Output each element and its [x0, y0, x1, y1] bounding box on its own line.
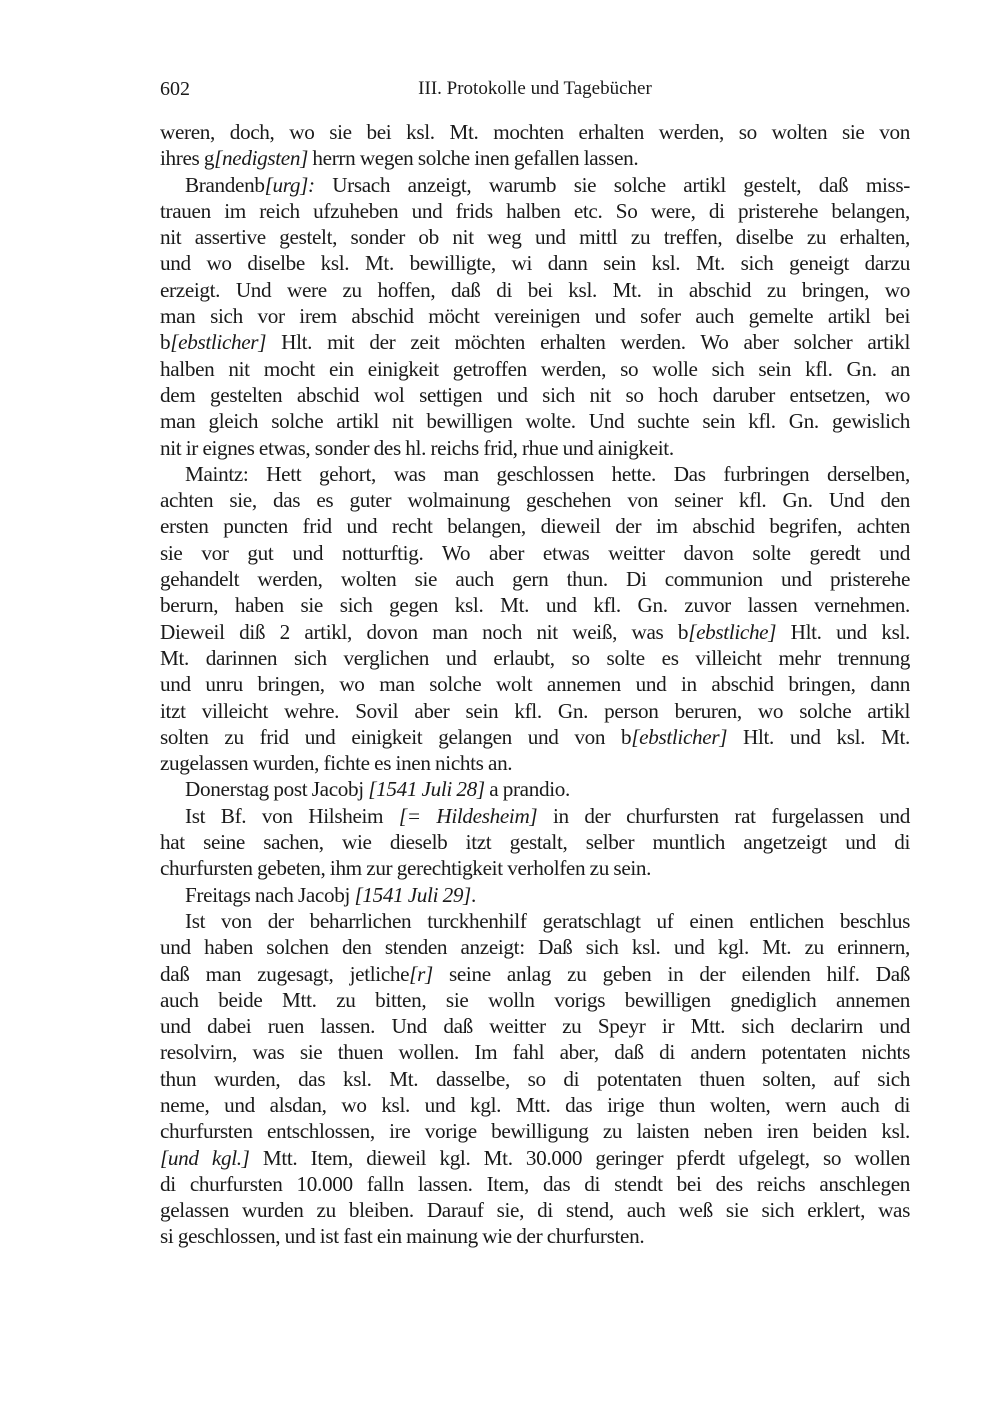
text-line: trauen im reich ufzuheben und frids halb… [160, 198, 910, 224]
text-line: churfursten gebeten, ihm zur gerechtigke… [160, 855, 910, 881]
text-line: Brandenb[urg]: Ursach anzeigt, warumb si… [160, 172, 910, 198]
text-line: ersten puncten frid und recht belangen, … [160, 513, 910, 539]
page-header: 602 III. Protokolle und Tagebücher [160, 78, 910, 106]
text-line: hat seine sachen, wie dieselb itzt gesta… [160, 829, 910, 855]
text-line: sie vor gut und notturftig. Wo aber etwa… [160, 540, 910, 566]
text-line: churfursten entschlossen, ire vorige bew… [160, 1118, 910, 1144]
text-line: Donerstag post Jacobj [1541 Juli 28] a p… [160, 776, 910, 802]
text-line: si geschlossen, und ist fast ein mainung… [160, 1223, 910, 1249]
text-line: und wo diselbe ksl. Mt. bewilligte, wi d… [160, 250, 910, 276]
text-line: Ist von der beharrlichen turckhenhilf ge… [160, 908, 910, 934]
text-line: ihres g[nedigsten] herrn wegen solche in… [160, 145, 910, 171]
text-line: gelassen wurden zu bleiben. Darauf sie, … [160, 1197, 910, 1223]
text-line: man gleich solche artikl nit bewilligen … [160, 408, 910, 434]
text-line: itzt villeicht wehre. Sovil aber sein kf… [160, 698, 910, 724]
text-line: Ist Bf. von Hilsheim [= Hildesheim] in d… [160, 803, 910, 829]
text-line: erzeigt. Und were zu hoffen, daß di bei … [160, 277, 910, 303]
text-line: b[ebstlicher] Hlt. mit der zeit möchten … [160, 329, 910, 355]
text-line: thun wurden, das ksl. Mt. dasselbe, so d… [160, 1066, 910, 1092]
text-line: [und kgl.] Mtt. Item, dieweil kgl. Mt. 3… [160, 1145, 910, 1171]
text-line: neme, und alsdan, wo ksl. und kgl. Mtt. … [160, 1092, 910, 1118]
running-head: III. Protokolle und Tagebücher [160, 78, 910, 100]
text-line: di churfursten 10.000 falln lassen. Item… [160, 1171, 910, 1197]
body-text: weren, doch, wo sie bei ksl. Mt. mochten… [160, 119, 910, 1250]
text-line: Dieweil diß 2 artikl, dovon man noch nit… [160, 619, 910, 645]
text-line: halben nit mocht ein einigkeit getroffen… [160, 356, 910, 382]
text-line: man sich vor irem abschid möcht vereinig… [160, 303, 910, 329]
text-line: auch beide Mtt. zu bitten, sie wolln vor… [160, 987, 910, 1013]
text-line: und dabei ruen lassen. Und daß weitter z… [160, 1013, 910, 1039]
text-line: berurn, haben sie sich gegen ksl. Mt. un… [160, 592, 910, 618]
text-line: dem gestelten abschid wol settigen und s… [160, 382, 910, 408]
text-line: weren, doch, wo sie bei ksl. Mt. mochten… [160, 119, 910, 145]
text-line: Freitags nach Jacobj [1541 Juli 29]. [160, 882, 910, 908]
text-line: zugelassen wurden, fichte es inen nichts… [160, 750, 910, 776]
text-line: daß man zugesagt, jetliche[r] seine anla… [160, 961, 910, 987]
text-line: gehandelt werden, wolten sie auch gern t… [160, 566, 910, 592]
text-line: und haben solchen den stenden anzeigt: D… [160, 934, 910, 960]
text-line: nit ir eignes etwas, sonder des hl. reic… [160, 435, 910, 461]
text-line: resolvirn, was sie thuen wollen. Im fahl… [160, 1039, 910, 1065]
text-line: und unru bringen, wo man solche wolt ann… [160, 671, 910, 697]
text-line: nit assertive gestelt, sonder ob nit weg… [160, 224, 910, 250]
text-line: Maintz: Hett gehort, was man geschlossen… [160, 461, 910, 487]
text-line: solten zu frid und einigkeit gelangen un… [160, 724, 910, 750]
text-line: achten sie, das es guter wolmainung gesc… [160, 487, 910, 513]
text-line: Mt. darinnen sich verglichen und erlaubt… [160, 645, 910, 671]
